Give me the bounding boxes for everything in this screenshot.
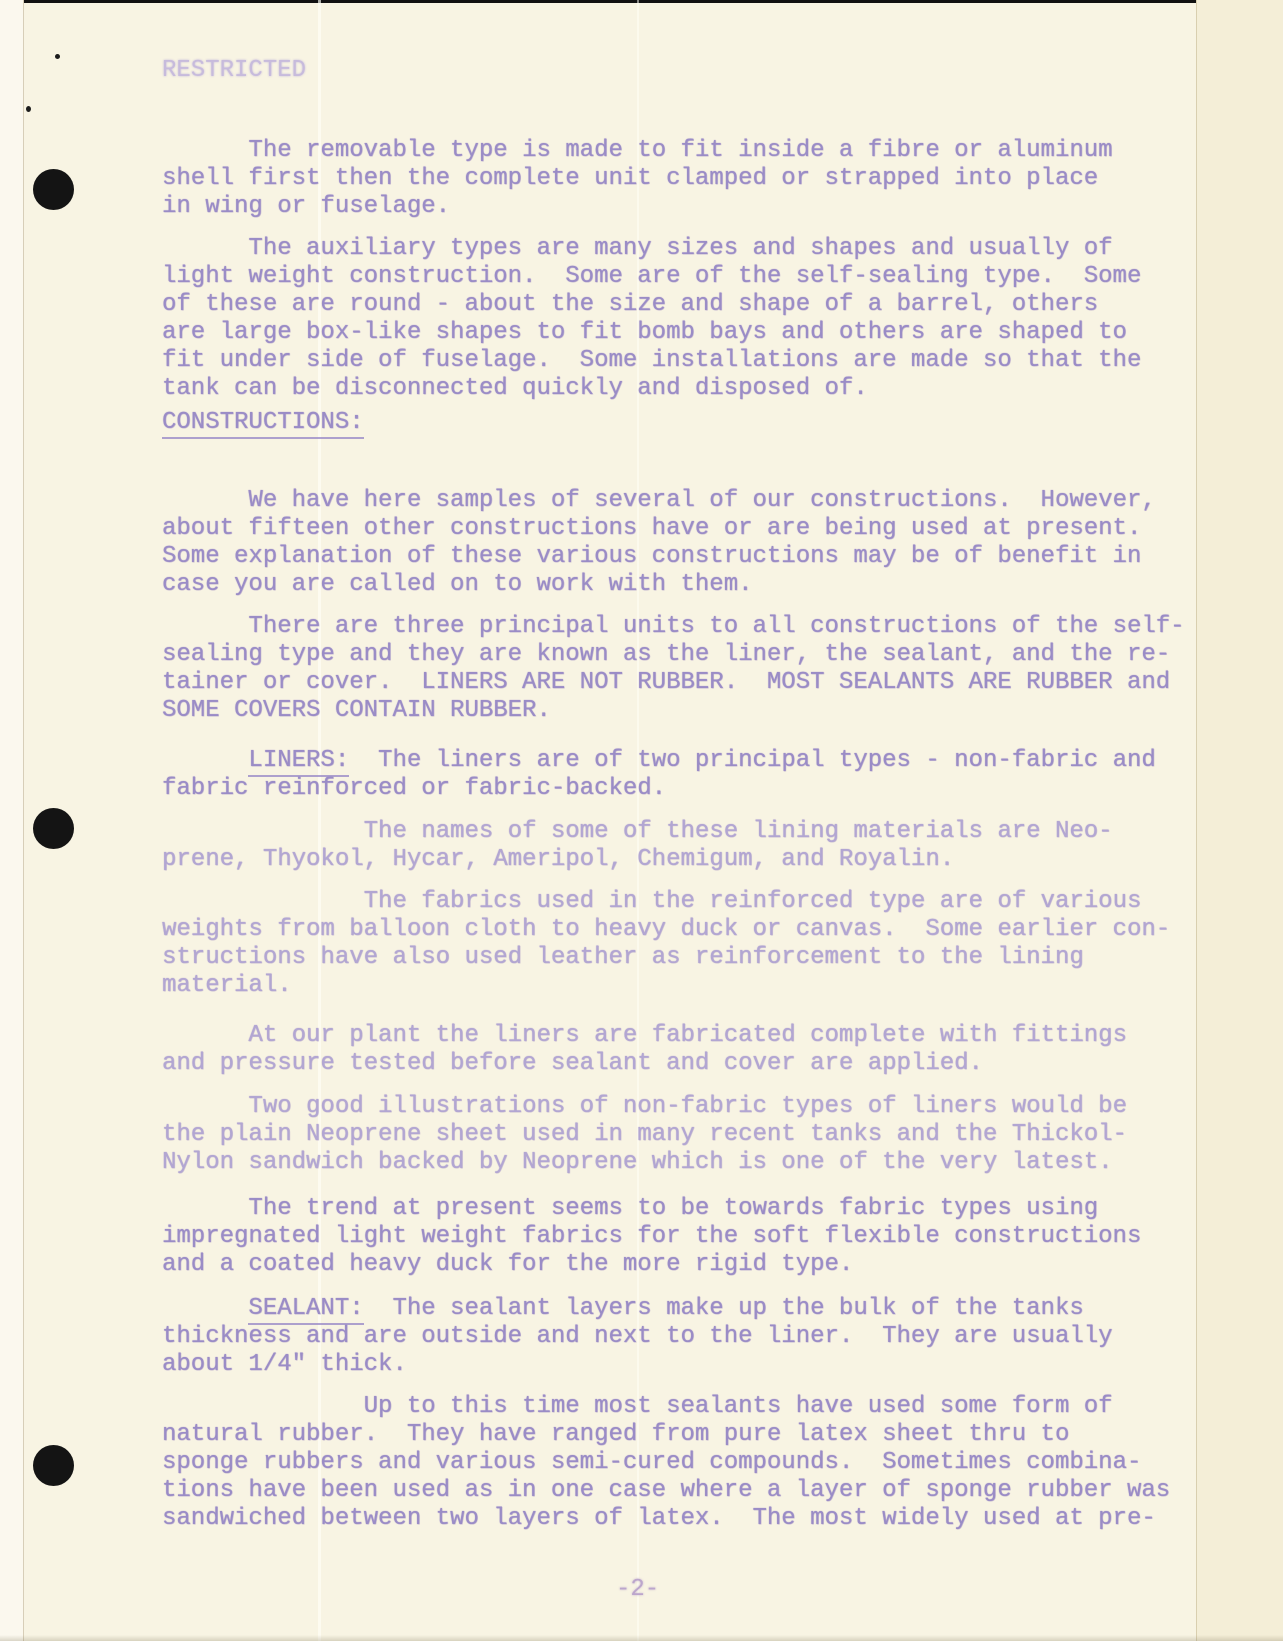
first-line-indent (162, 1393, 364, 1420)
first-line-indent (162, 1295, 248, 1322)
first-line-indent (162, 613, 248, 640)
first-line-indent (162, 888, 364, 915)
scan-bottom-edge (0, 1635, 1283, 1641)
first-line-indent (162, 1195, 248, 1222)
paragraph-text: There are three principal units to all c… (162, 613, 1185, 724)
first-line-indent (162, 818, 364, 845)
paragraph-plant-fabrication: At our plant the liners are fabricated c… (162, 1022, 1242, 1078)
subheading-liners: LINERS: (248, 747, 349, 777)
first-line-indent (162, 487, 248, 514)
paragraph-fabrics: The fabrics used in the reinforced type … (162, 888, 1242, 1000)
classification-stamp: RESTRICTED (162, 57, 1242, 85)
first-line-indent (162, 1022, 248, 1049)
heading-text: CONSTRUCTIONS: (162, 409, 364, 439)
paragraph-removable-type: The removable type is made to fit inside… (162, 137, 1242, 221)
paragraph-text: We have here samples of several of our c… (162, 487, 1156, 598)
paragraph-lining-materials: The names of some of these lining materi… (162, 818, 1242, 874)
paragraph-text: The trend at present seems to be towards… (162, 1195, 1141, 1278)
paragraph-samples: We have here samples of several of our c… (162, 487, 1242, 599)
paragraph-text: The removable type is made to fit inside… (162, 137, 1113, 220)
document-page: RESTRICTED The removable type is made to… (0, 0, 1242, 1533)
paragraph-natural-rubber: Up to this time most sealants have used … (162, 1393, 1242, 1533)
paragraph-text: At our plant the liners are fabricated c… (162, 1022, 1127, 1077)
section-heading-constructions: CONSTRUCTIONS: (162, 409, 1242, 437)
paragraph-sealant: SEALANT: The sealant layers make up the … (162, 1295, 1242, 1379)
page-number: -2- (616, 1576, 659, 1603)
paragraph-illustrations: Two good illustrations of non-fabric typ… (162, 1093, 1242, 1177)
paragraph-auxiliary-types: The auxiliary types are many sizes and s… (162, 235, 1242, 403)
paragraph-three-principal-units: There are three principal units to all c… (162, 613, 1242, 725)
paragraph-trend: The trend at present seems to be towards… (162, 1195, 1242, 1279)
paragraph-text: Two good illustrations of non-fabric typ… (162, 1093, 1127, 1176)
first-line-indent (162, 137, 248, 164)
first-line-indent (162, 235, 248, 262)
subheading-sealant: SEALANT: (248, 1295, 363, 1325)
paragraph-liners: LINERS: The liners are of two principal … (162, 747, 1242, 803)
first-line-indent (162, 1093, 248, 1120)
paragraph-text: The auxiliary types are many sizes and s… (162, 235, 1141, 402)
first-line-indent (162, 747, 248, 774)
